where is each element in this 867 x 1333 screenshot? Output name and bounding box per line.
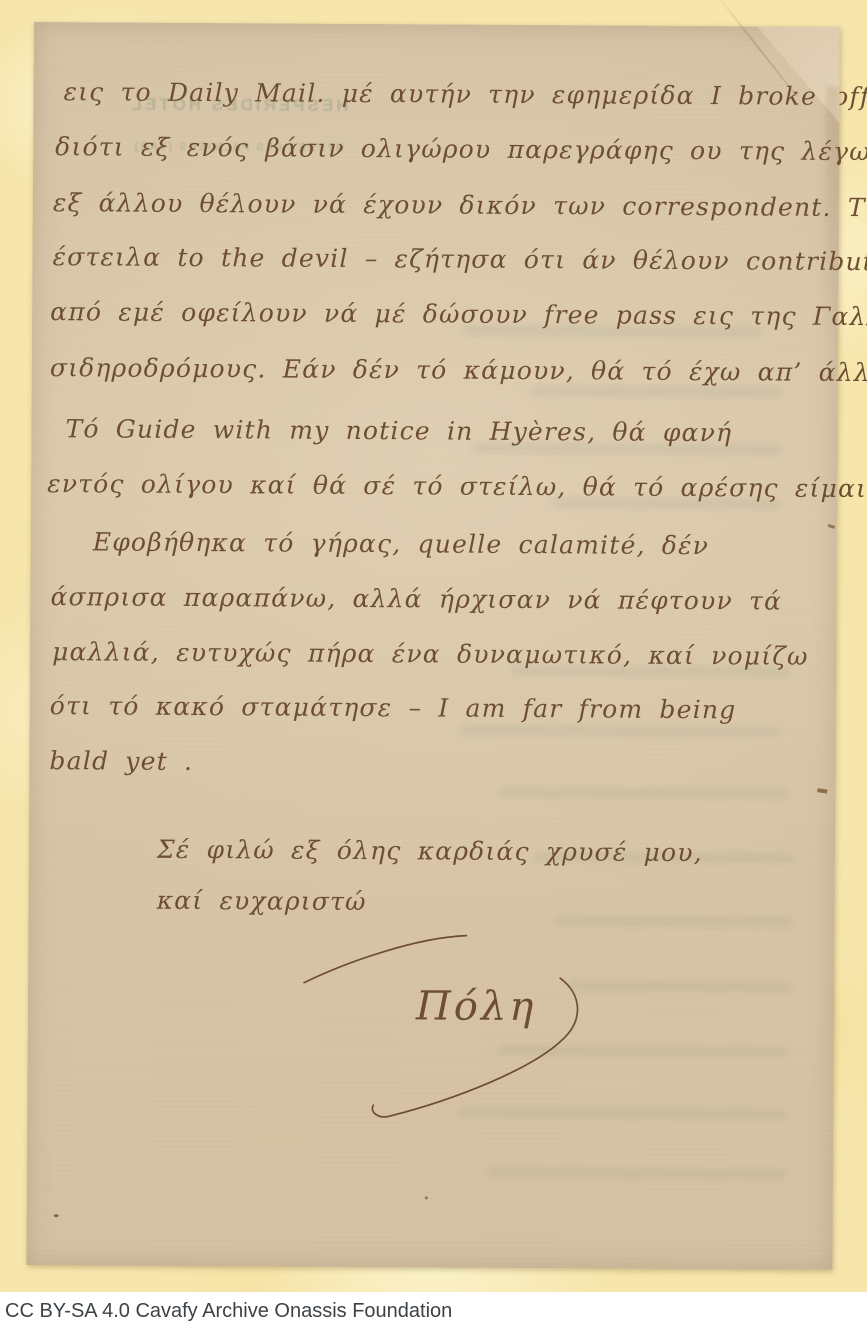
license-caption: CC BY-SA 4.0 Cavafy Archive Onassis Foun… xyxy=(5,1300,452,1323)
handwritten-line-9: Εφοβήθηκα τό γήρας, quelle calamité, δέν xyxy=(93,527,709,560)
handwritten-line-15: καί ευχαριστώ xyxy=(157,886,367,916)
verso-showthrough xyxy=(460,725,780,738)
scanned-letter-image: HESPERIDES HOTEL HYERES LES PALMIERS (VA… xyxy=(0,0,867,1333)
signature-overline xyxy=(304,935,466,984)
handwritten-line-7: Τό Guide with my notice in Hyères, θά φα… xyxy=(65,414,732,447)
handwritten-line-2: διότι εξ ενός βάσιν ολιγώρου παρεγράφης … xyxy=(55,132,867,166)
handwritten-line-6: σιδηροδρόμους. Εάν δέν τό κάμουν, θά τό … xyxy=(50,353,867,387)
handwritten-line-11: μαλλιά, ευτυχώς πήρα ένα δυναμωτικό, καί… xyxy=(52,637,809,671)
caption-bar: CC BY-SA 4.0 Cavafy Archive Onassis Foun… xyxy=(0,1292,867,1333)
verso-showthrough xyxy=(499,787,789,800)
verso-showthrough xyxy=(487,1167,787,1180)
paper-speck xyxy=(54,1214,59,1217)
signature: Πόλη xyxy=(277,919,598,1131)
handwritten-line-10: άσπρισα παραπάνω, αλλά ήρχισαν νά πέφτου… xyxy=(50,582,782,615)
edge-tear xyxy=(817,788,827,793)
letter-page: HESPERIDES HOTEL HYERES LES PALMIERS (VA… xyxy=(26,22,840,1270)
handwritten-line-8: εντός ολίγου καί θά σέ τό στείλω, θά τό … xyxy=(47,469,867,504)
handwritten-line-1: εις το Daily Mail. μέ αυτήν την εφημερίδ… xyxy=(63,77,867,111)
handwritten-line-13: bald yet . xyxy=(49,746,193,776)
handwritten-line-4: έστειλα to the devil – εζήτησα ότι άν θέ… xyxy=(52,242,867,276)
handwritten-line-5: από εμέ οφείλουν νά μέ δώσουν free pass … xyxy=(50,297,867,331)
handwritten-line-3: εξ άλλου θέλουν νά έχουν δικόν των corre… xyxy=(53,188,867,222)
handwritten-line-12: ότι τό κακό σταμάτησε – I am far from be… xyxy=(50,691,737,724)
edge-stain xyxy=(824,87,840,347)
verso-showthrough xyxy=(532,385,782,398)
signature-name: Πόλη xyxy=(415,983,537,1030)
edge-tear xyxy=(828,524,836,529)
handwritten-line-14: Σέ φιλώ εξ όλης καρδιάς χρυσέ μου, xyxy=(157,835,703,867)
verso-showthrough xyxy=(568,980,793,992)
paper-speck xyxy=(425,1196,428,1199)
